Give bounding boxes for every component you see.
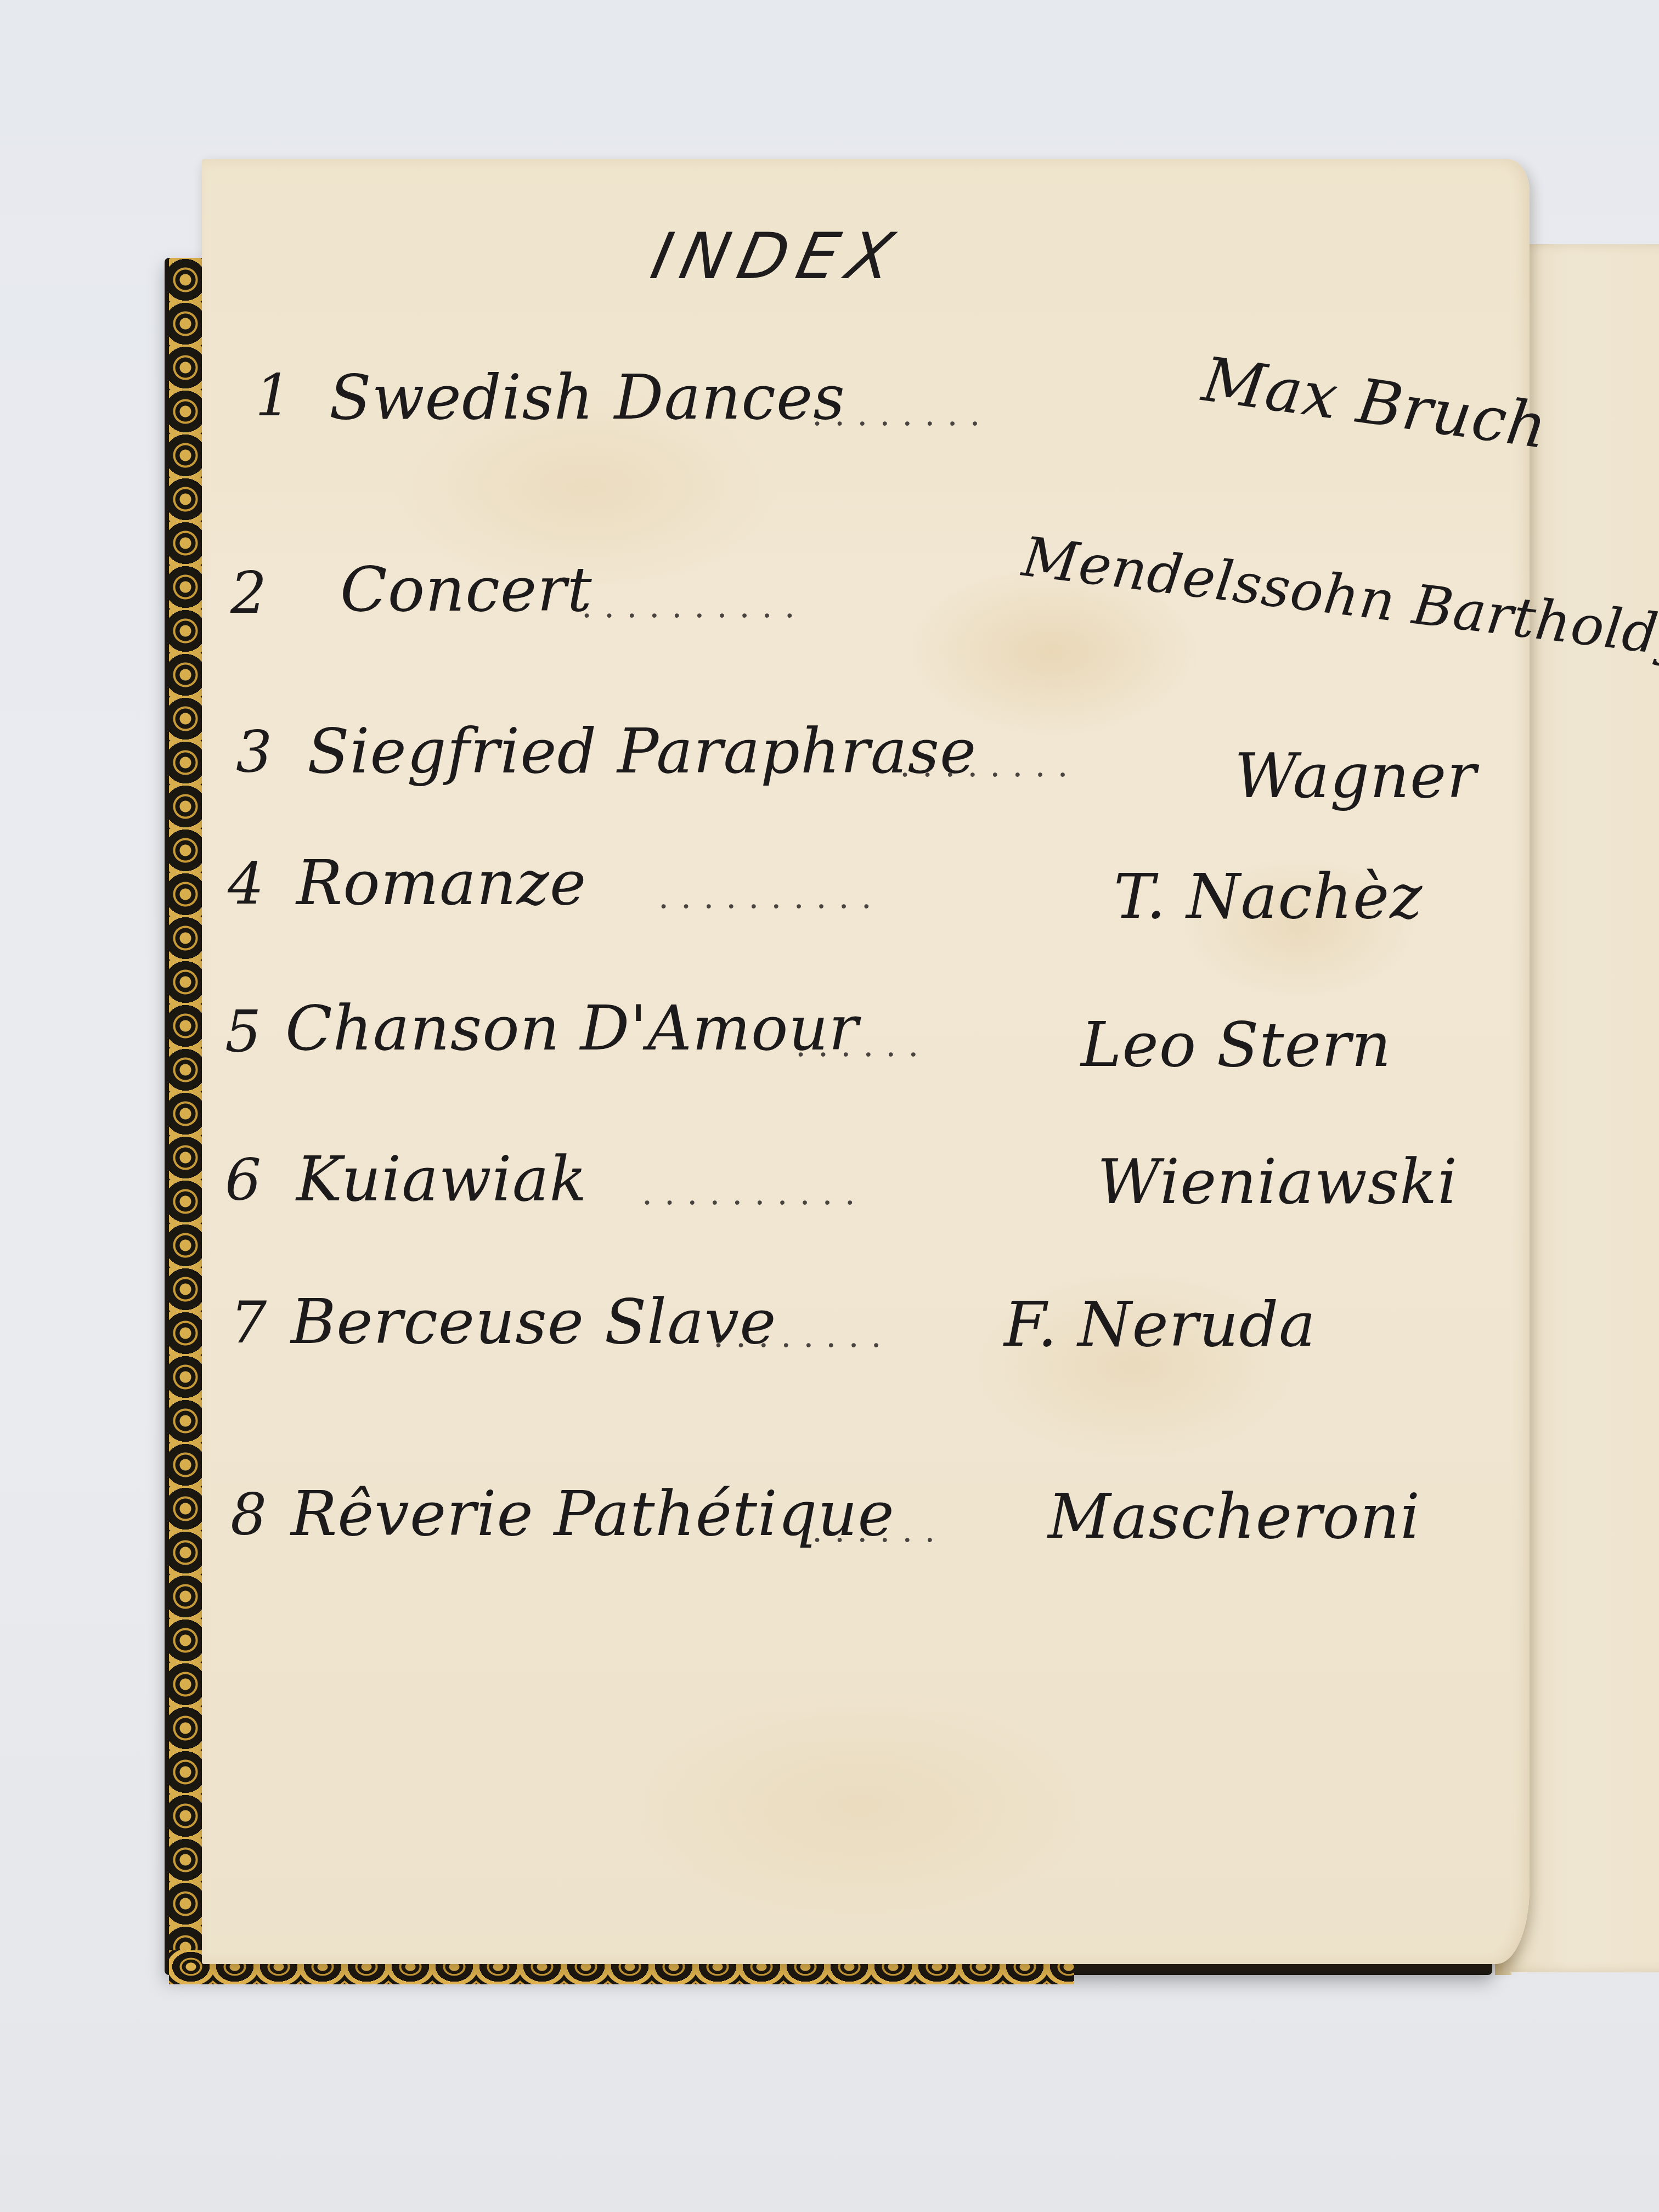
entry-number: 2 [230,560,267,627]
entry-leader: ........ [900,746,1207,785]
entry-work: Siegfried Paraphrase [307,716,977,787]
entry-number: 6 [225,1147,261,1214]
entry-composer: Mascheroni [1048,1481,1420,1553]
entry-number: 7 [230,1289,267,1356]
entry-work: Swedish Dances [329,362,845,433]
entry-number: 1 [255,362,291,429]
entry-work: Kuiawiak [296,1144,587,1215]
index-entry: 6 Kuiawiak .......... Wieniawski [0,1136,1659,1245]
entry-number: 3 [236,719,272,786]
entry-leader: ...... [795,1026,1059,1064]
entry-leader: ........ [713,1317,998,1355]
entry-composer: T. Nachèz [1114,861,1423,933]
index-entry: 1 Swedish Dances ........ Max Bruch [0,351,1659,461]
entry-composer: Wagner [1234,741,1477,812]
entry-leader: ...... [812,1511,1042,1550]
entry-work: Berceuse Slave [291,1286,777,1358]
entry-work: Rêverie Pathétique [291,1479,895,1550]
index-entry: 7 Berceuse Slave ........ F. Neruda [0,1278,1659,1388]
gilt-border-left [169,258,203,1959]
entry-work: Concert [340,554,592,625]
entry-work: Romanze [296,848,586,919]
entry-composer: Mendelssohn Bartholdy [1019,524,1659,670]
index-entry: 2 Concert .......... Mendelssohn Barthol… [0,543,1659,653]
entry-number: 8 [230,1481,267,1548]
entry-number: 5 [225,998,261,1065]
page-title: INDEX [645,219,910,294]
entry-work: Chanson D'Amour [285,993,859,1064]
photo-scene: INDEX 1 Swedish Dances ........ Max Bruc… [0,0,1659,2212]
index-entry: 5 Chanson D'Amour ...... Leo Stern [0,988,1659,1097]
entry-composer: Leo Stern [1081,1009,1391,1081]
index-entry: 3 Siegfried Paraphrase ........ Wagner [0,708,1659,817]
entry-leader: .......... [582,587,1015,625]
entry-number: 4 [228,850,264,917]
entry-leader: .......... [642,1174,1081,1212]
entry-composer: Max Bruch [1198,344,1551,463]
index-entry: 8 Rêverie Pathétique ...... Mascheroni [0,1470,1659,1580]
index-entry: 4 Romanze .......... T. Nachèz [0,839,1659,949]
entry-leader: .......... [658,878,1075,916]
entry-leader: ........ [812,395,1152,433]
entry-composer: F. Neruda [1004,1289,1316,1361]
entry-composer: Wieniawski [1097,1147,1458,1218]
